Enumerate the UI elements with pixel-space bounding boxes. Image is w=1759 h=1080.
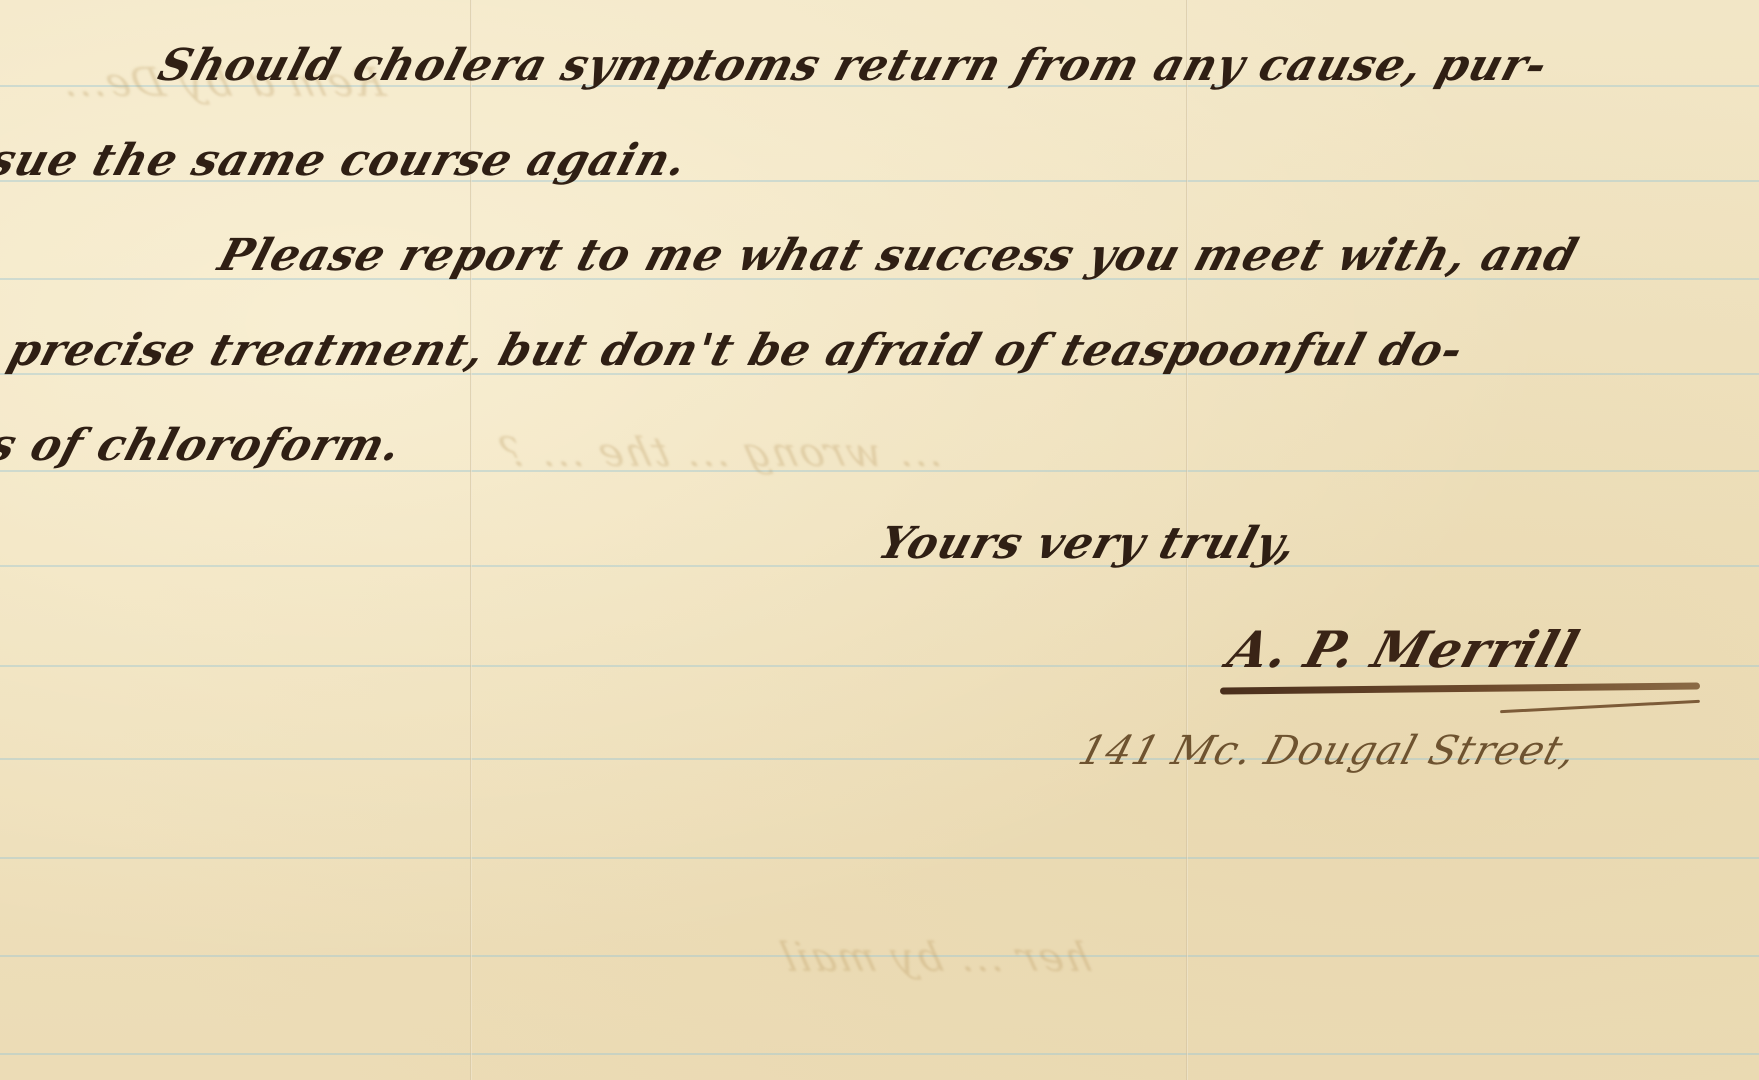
letter-signature: A. P. Merrill xyxy=(1222,620,1586,679)
letter-body-line-5: s of chloroform. xyxy=(0,420,408,471)
bleed-through-text: ... wrong ... the ... ? xyxy=(494,430,945,476)
signature-flourish xyxy=(1500,700,1700,713)
letter-body-line-1: Should cholera symptoms return from any … xyxy=(153,40,1554,91)
signature-underline xyxy=(1220,682,1700,694)
ruled-line xyxy=(0,857,1759,859)
letter-body-line-2: sue the same course again. xyxy=(0,135,693,186)
letter-closing: Yours very truly, xyxy=(873,518,1303,569)
bleed-through-text: her ... by mail xyxy=(774,935,1096,981)
letter-body-line-3: Please report to me what success you mee… xyxy=(213,230,1584,281)
letter-body-line-4: precise treatment, but don't be afraid o… xyxy=(3,325,1470,376)
letter-page: Rem'd by De... ... wrong ... the ... ? h… xyxy=(0,0,1759,1080)
ruled-line xyxy=(0,1053,1759,1055)
sender-address: 141 Mc. Dougal Street, xyxy=(1073,728,1582,774)
